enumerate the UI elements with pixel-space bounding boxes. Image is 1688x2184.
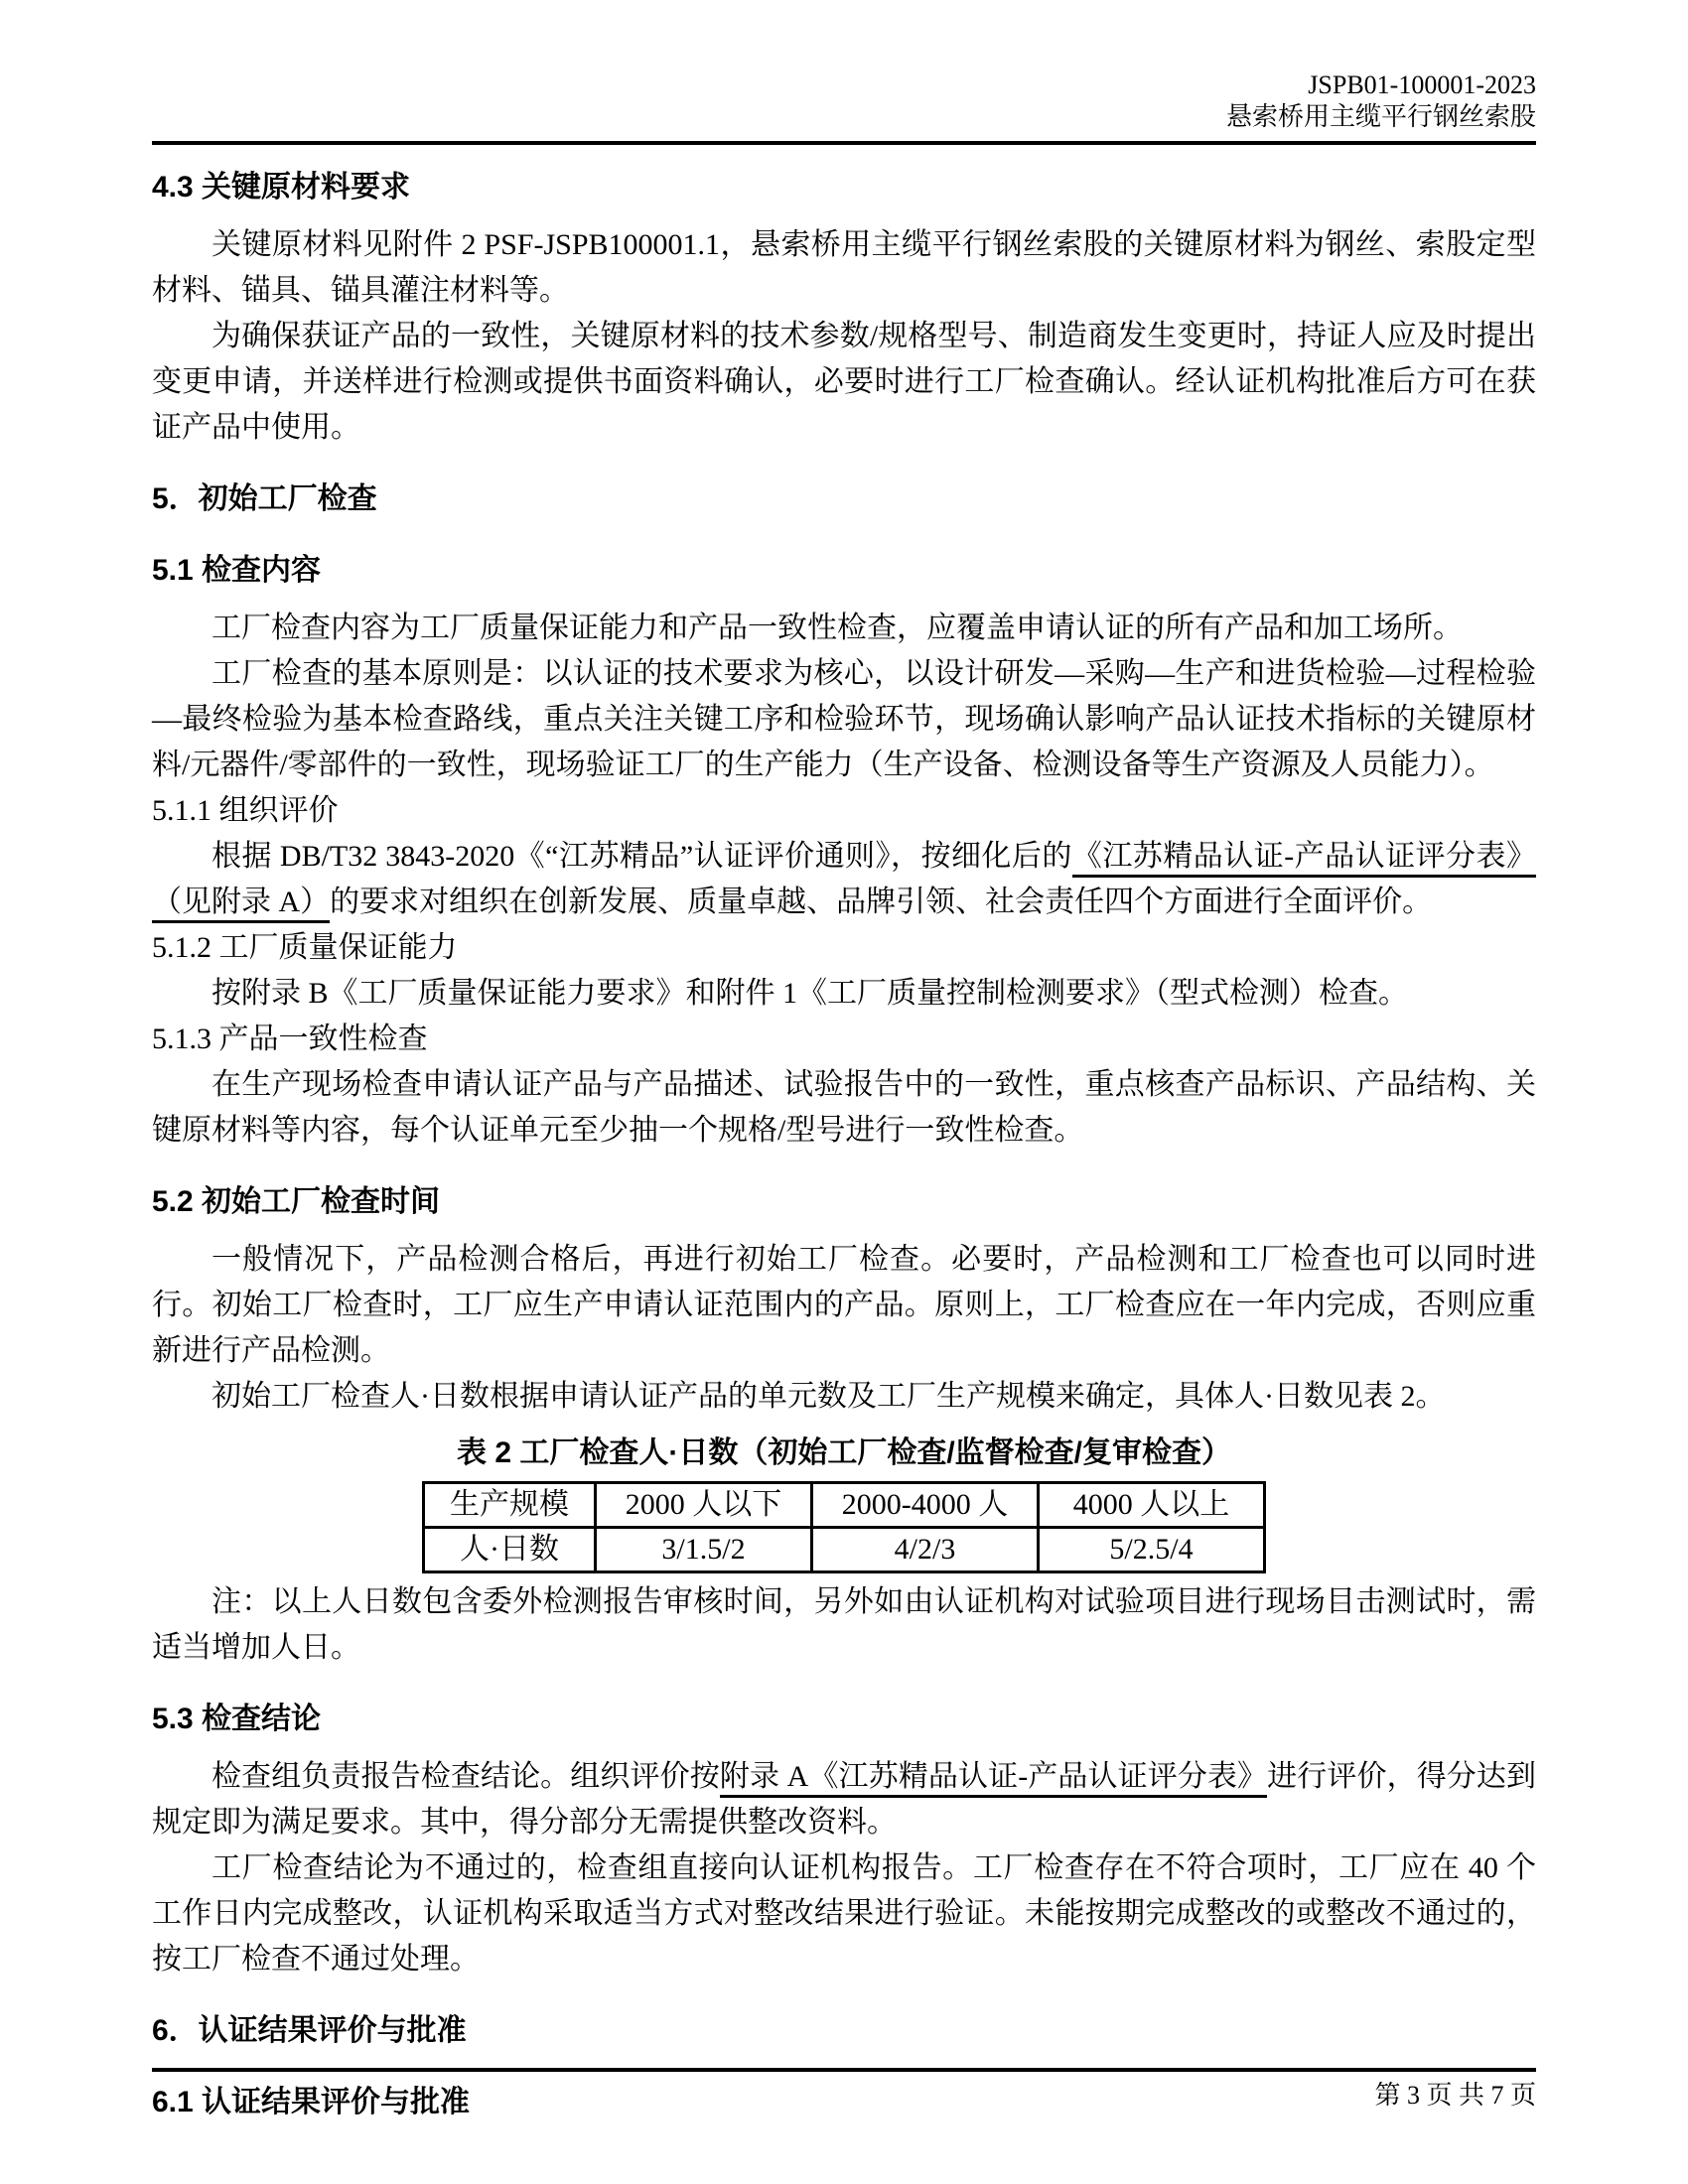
paragraph-5-2-1: 一般情况下，产品检测合格后，再进行初始工厂检查。必要时，产品检测和工厂检查也可以… bbox=[152, 1237, 1536, 1374]
paragraph-4-3-2: 为确保获证产品的一致性，关键原材料的技术参数/规格型号、制造商发生变更时，持证人… bbox=[152, 314, 1536, 451]
paragraph-5-1-2-quality: 按附录 B《工厂质量保证能力要求》和附件 1《工厂质量控制检测要求》（型式检测）… bbox=[152, 971, 1536, 1017]
page-number: 第 3 页 共 7 页 bbox=[152, 2079, 1536, 2113]
table-row-man-days: 人·日数 3/1.5/2 4/2/3 5/2.5/4 bbox=[424, 1528, 1265, 1572]
subsection-heading-5-1-2: 5.1.2 工厂质量保证能力 bbox=[152, 925, 1536, 971]
paragraph-5-1-1: 工厂检查内容为工厂质量保证能力和产品一致性检查，应覆盖申请认证的所有产品和加工场… bbox=[152, 606, 1536, 651]
section-heading-6: 6．认证结果评价与批准 bbox=[152, 2008, 1536, 2054]
table-cell-mandays-under-2000: 3/1.5/2 bbox=[596, 1528, 812, 1572]
paragraph-5-1-3-consistency: 在生产现场检查申请认证产品与产品描述、试验报告中的一致性，重点核查产品标识、产品… bbox=[152, 1062, 1536, 1154]
page-content: JSPB01-100001-2023 悬索桥用主缆平行钢丝索股 4.3 关键原材… bbox=[152, 0, 1536, 2137]
table-cell-scale-label: 生产规模 bbox=[424, 1483, 596, 1528]
table-cell-scale-over-4000: 4000 人以上 bbox=[1039, 1483, 1265, 1528]
table-cell-mandays-label: 人·日数 bbox=[424, 1528, 596, 1572]
page-header: JSPB01-100001-2023 悬索桥用主缆平行钢丝索股 bbox=[152, 0, 1536, 133]
paragraph-5-1-1-org-eval: 根据 DB/T32 3843-2020《“江苏精品”认证评价通则》，按细化后的《… bbox=[152, 834, 1536, 925]
section-heading-5-1: 5.1 检查内容 bbox=[152, 548, 1536, 594]
table-2-inspection-man-days: 生产规模 2000 人以下 2000-4000 人 4000 人以上 人·日数 … bbox=[422, 1481, 1266, 1573]
table-cell-scale-2000-4000: 2000-4000 人 bbox=[812, 1483, 1039, 1528]
org-eval-text-pre: 根据 DB/T32 3843-2020《“江苏精品”认证评价通则》，按细化后的 bbox=[211, 840, 1072, 873]
paragraph-5-3-2: 工厂检查结论为不通过的，检查组直接向认证机构报告。工厂检查存在不符合项时，工厂应… bbox=[152, 1845, 1536, 1982]
org-eval-text-post: 的要求对组织在创新发展、质量卓越、品牌引领、社会责任四个方面进行全面评价。 bbox=[330, 886, 1432, 918]
subsection-heading-5-1-1: 5.1.1 组织评价 bbox=[152, 788, 1536, 834]
section-heading-5: 5．初始工厂检查 bbox=[152, 477, 1536, 522]
paragraph-5-2-2: 初始工厂检查人·日数根据申请认证产品的单元数及工厂生产规模来确定，具体人·日数见… bbox=[152, 1374, 1536, 1420]
doc-number: JSPB01-100001-2023 bbox=[152, 69, 1536, 101]
section-heading-5-2: 5.2 初始工厂检查时间 bbox=[152, 1179, 1536, 1225]
paragraph-5-1-2: 工厂检查的基本原则是：以认证的技术要求为核心，以设计研发—采购—生产和进货检验—… bbox=[152, 651, 1536, 788]
table-cell-mandays-over-4000: 5/2.5/4 bbox=[1039, 1528, 1265, 1572]
table-2-caption: 表 2 工厂检查人·日数（初始工厂检查/监督检查/复审检查） bbox=[152, 1432, 1536, 1475]
table-2-note: 注：以上人日数包含委外检测报告审核时间，另外如由认证机构对试验项目进行现场目击测… bbox=[152, 1579, 1536, 1671]
table-row-production-scale: 生产规模 2000 人以下 2000-4000 人 4000 人以上 bbox=[424, 1483, 1265, 1528]
document-page: JSPB01-100001-2023 悬索桥用主缆平行钢丝索股 4.3 关键原材… bbox=[0, 0, 1688, 2184]
conclusion-text-pre: 检查组负责报告检查结论。组织评价按 bbox=[211, 1760, 720, 1793]
footer-divider bbox=[152, 2068, 1536, 2072]
subsection-heading-5-1-3: 5.1.3 产品一致性检查 bbox=[152, 1017, 1536, 1062]
section-heading-4-3: 4.3 关键原材料要求 bbox=[152, 165, 1536, 210]
table-cell-mandays-2000-4000: 4/2/3 bbox=[812, 1528, 1039, 1572]
paragraph-5-3-1: 检查组负责报告检查结论。组织评价按附录 A《江苏精品认证-产品认证评分表》进行评… bbox=[152, 1754, 1536, 1845]
table-cell-scale-under-2000: 2000 人以下 bbox=[596, 1483, 812, 1528]
paragraph-4-3-1: 关键原材料见附件 2 PSF-JSPB100001.1，悬索桥用主缆平行钢丝索股… bbox=[152, 222, 1536, 314]
appendix-a-reference-underlined: 附录 A《江苏精品认证-产品认证评分表》 bbox=[720, 1760, 1267, 1798]
section-heading-5-3: 5.3 检查结论 bbox=[152, 1697, 1536, 1742]
header-divider bbox=[152, 141, 1536, 145]
doc-product-name: 悬索桥用主缆平行钢丝索股 bbox=[152, 101, 1536, 133]
